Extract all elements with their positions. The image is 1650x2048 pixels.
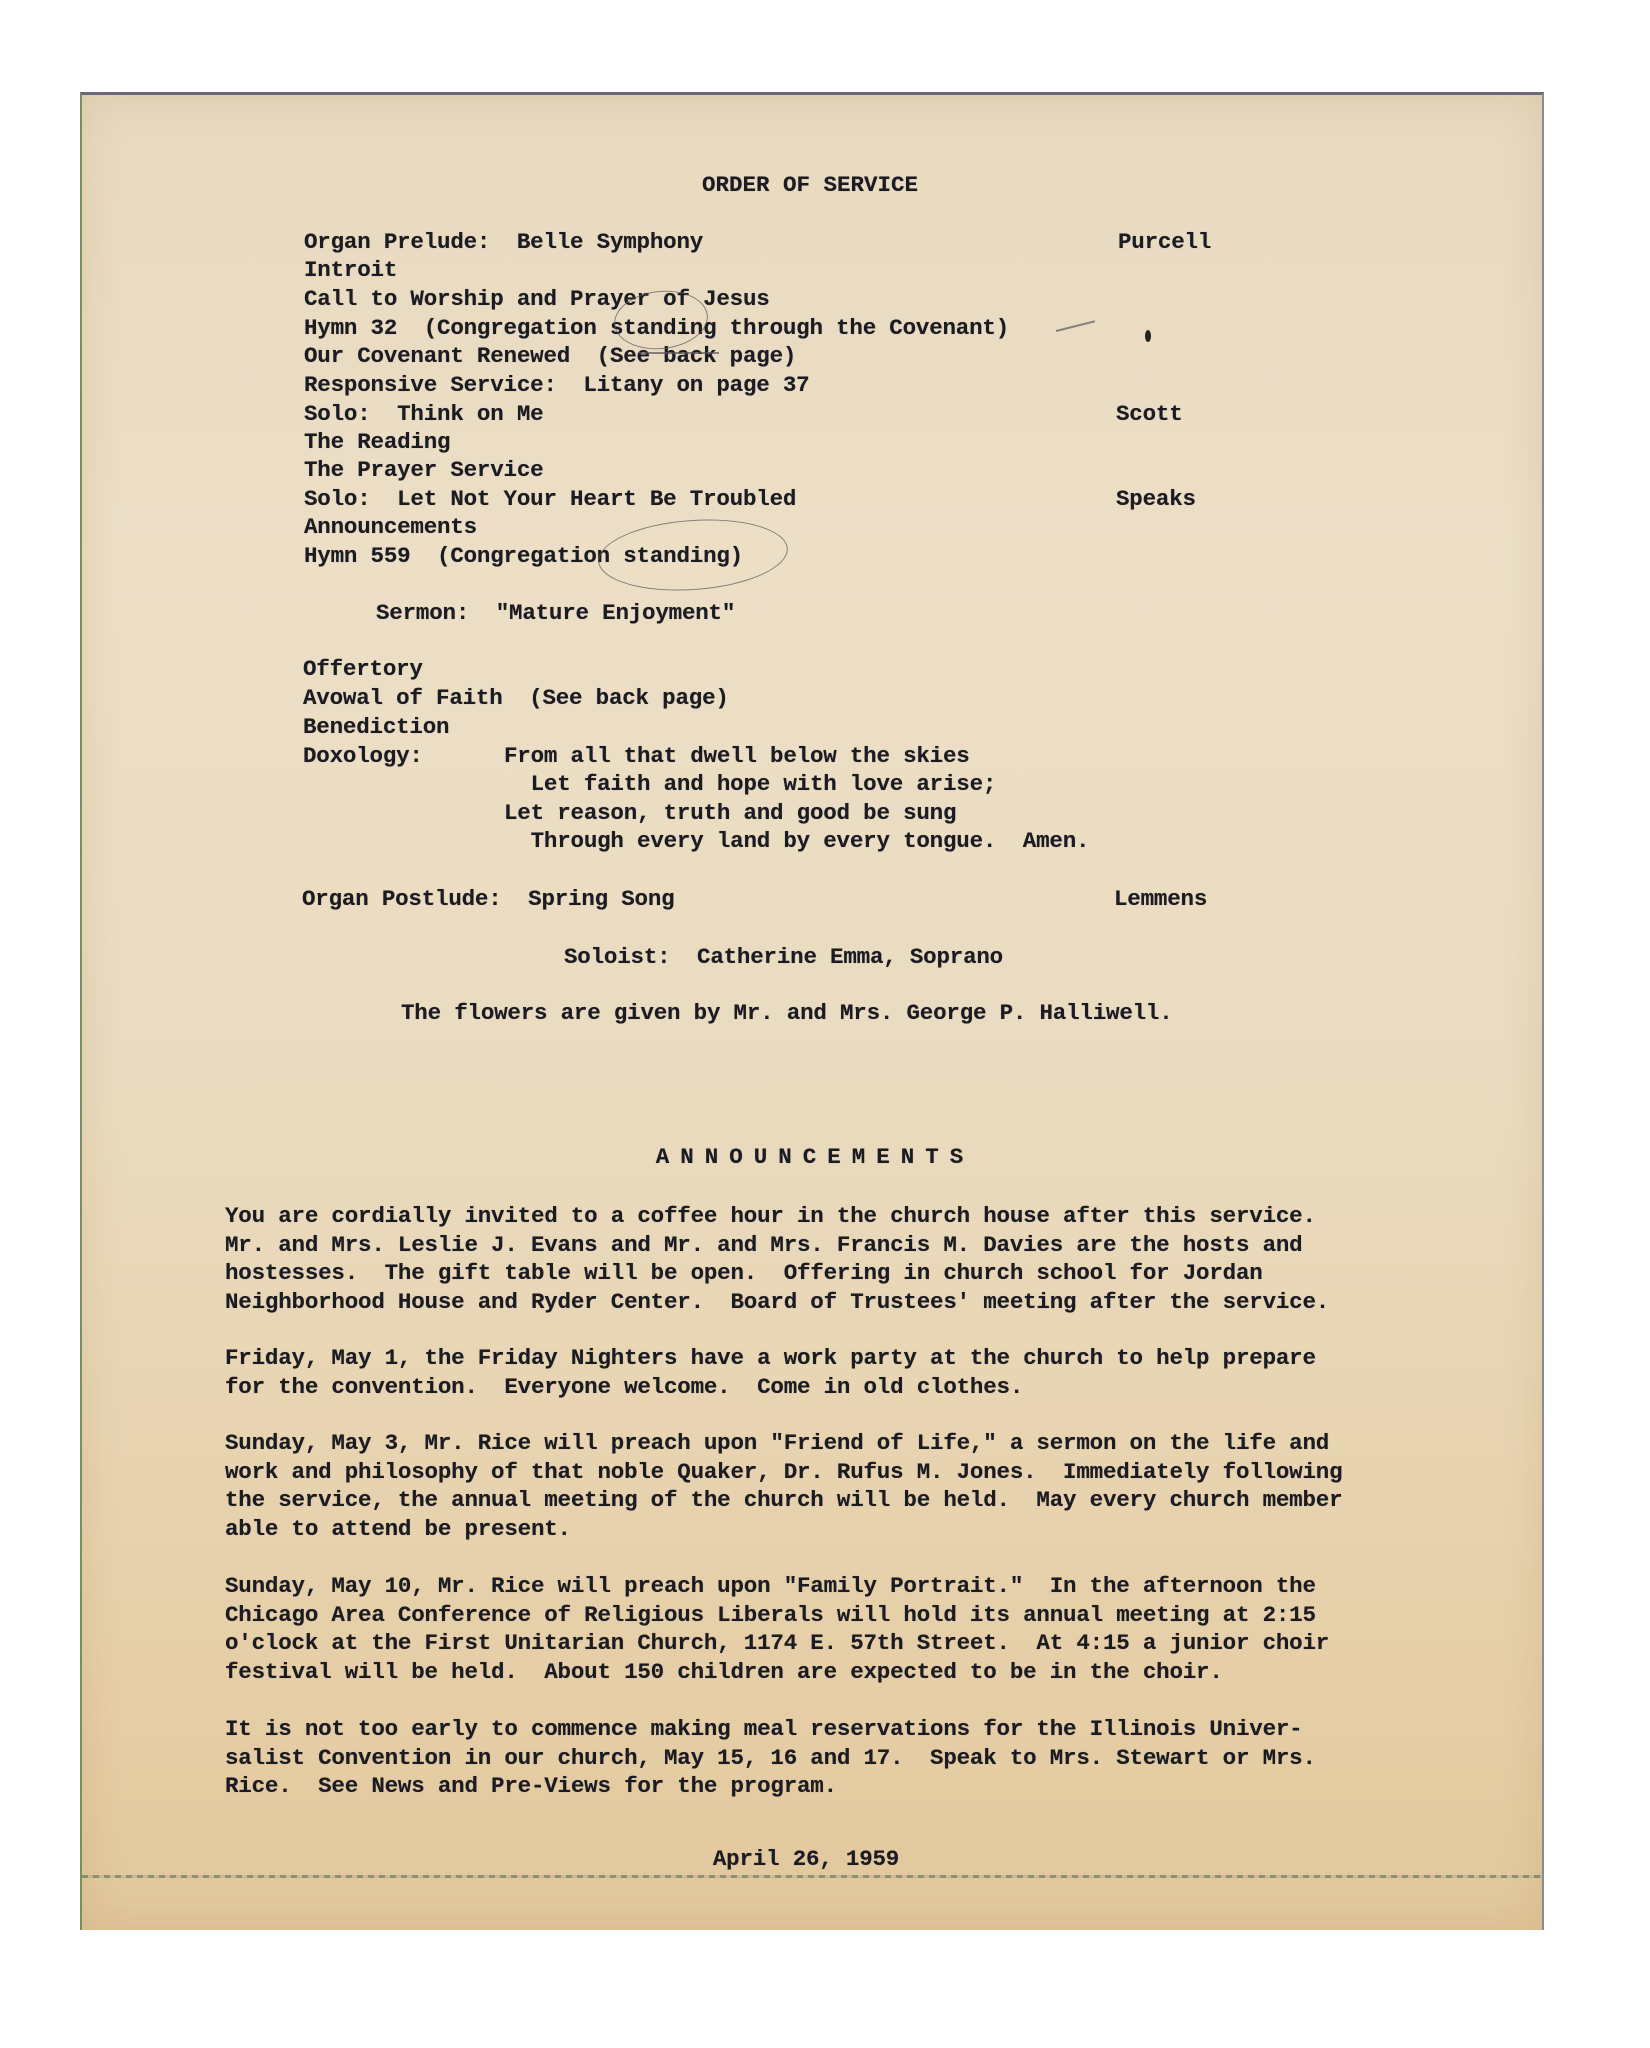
composer-name: Lemmens — [1114, 886, 1207, 912]
announcement-line: You are cordially invited to a coffee ho… — [225, 1202, 1425, 1231]
doxology-line: Through every land by every tongue. Amen… — [504, 828, 1089, 854]
ink-speck — [1145, 330, 1151, 342]
announcement-paragraph: It is not too early to commence making m… — [225, 1715, 1425, 1801]
service-item: Solo: Let Not Your Heart Be Troubled — [304, 486, 796, 512]
composer-name: Speaks — [1116, 486, 1196, 512]
announcement-paragraph: Sunday, May 3, Mr. Rice will preach upon… — [225, 1429, 1425, 1543]
announcement-line: Neighborhood House and Ryder Center. Boa… — [225, 1288, 1425, 1317]
service-item: Benediction — [303, 714, 449, 740]
announcement-line: the service, the annual meeting of the c… — [225, 1486, 1425, 1515]
announcement-line: Rice. See News and Pre-Views for the pro… — [225, 1772, 1425, 1801]
sermon-title: Sermon: "Mature Enjoyment" — [376, 600, 735, 626]
announcement-line: It is not too early to commence making m… — [225, 1715, 1425, 1744]
announcement-paragraph: Friday, May 1, the Friday Nighters have … — [225, 1344, 1425, 1401]
announcement-line: for the convention. Everyone welcome. Co… — [225, 1373, 1425, 1402]
service-item: The Reading — [304, 429, 450, 455]
announcement-line: Sunday, May 10, Mr. Rice will preach upo… — [225, 1572, 1425, 1601]
service-item: Avowal of Faith (See back page) — [303, 685, 729, 711]
composer-name: Scott — [1116, 401, 1183, 427]
announcement-paragraph: Sunday, May 10, Mr. Rice will preach upo… — [225, 1572, 1425, 1686]
flowers-credit: The flowers are given by Mr. and Mrs. Ge… — [401, 1000, 1173, 1026]
service-item: Responsive Service: Litany on page 37 — [304, 372, 809, 398]
bulletin-date: April 26, 1959 — [0, 1846, 1612, 1872]
service-item: Organ Prelude: Belle Symphony — [304, 229, 703, 255]
announcement-line: able to attend be present. — [225, 1515, 1425, 1544]
announcement-line: Chicago Area Conference of Religious Lib… — [225, 1601, 1425, 1630]
order-of-service-title: ORDER OF SERVICE — [0, 172, 1620, 198]
soloist-credit: Soloist: Catherine Emma, Soprano — [564, 944, 1003, 970]
announcement-line: Sunday, May 3, Mr. Rice will preach upon… — [225, 1429, 1425, 1458]
announcements-title: ANNOUNCEMENTS — [0, 1144, 1630, 1170]
doxology-line: Let reason, truth and good be sung — [504, 800, 956, 826]
postlude-item: Organ Postlude: Spring Song — [302, 886, 674, 912]
announcement-line: Friday, May 1, the Friday Nighters have … — [225, 1344, 1425, 1373]
service-item: Offertory — [303, 656, 423, 682]
service-item: Solo: Think on Me — [304, 401, 543, 427]
announcement-line: hostesses. The gift table will be open. … — [225, 1259, 1425, 1288]
announcement-line: work and philosophy of that noble Quaker… — [225, 1458, 1425, 1487]
service-item: Announcements — [304, 514, 477, 540]
announcement-paragraph: You are cordially invited to a coffee ho… — [225, 1202, 1425, 1316]
announcement-line: festival will be held. About 150 childre… — [225, 1658, 1425, 1687]
announcement-line: o'clock at the First Unitarian Church, 1… — [225, 1629, 1425, 1658]
composer-name: Purcell — [1118, 229, 1211, 255]
doxology-line: Let faith and hope with love arise; — [504, 771, 996, 797]
service-item: Introit — [304, 257, 397, 283]
pencil-strike-annotation — [639, 352, 719, 354]
service-item: Our Covenant Renewed (See back page) — [304, 343, 796, 369]
doxology-label: Doxology: — [303, 743, 423, 769]
announcement-line: Mr. and Mrs. Leslie J. Evans and Mr. and… — [225, 1231, 1425, 1260]
announcement-line: salist Convention in our church, May 15,… — [225, 1744, 1425, 1773]
service-item: The Prayer Service — [304, 457, 543, 483]
doxology-line: From all that dwell below the skies — [504, 743, 970, 769]
